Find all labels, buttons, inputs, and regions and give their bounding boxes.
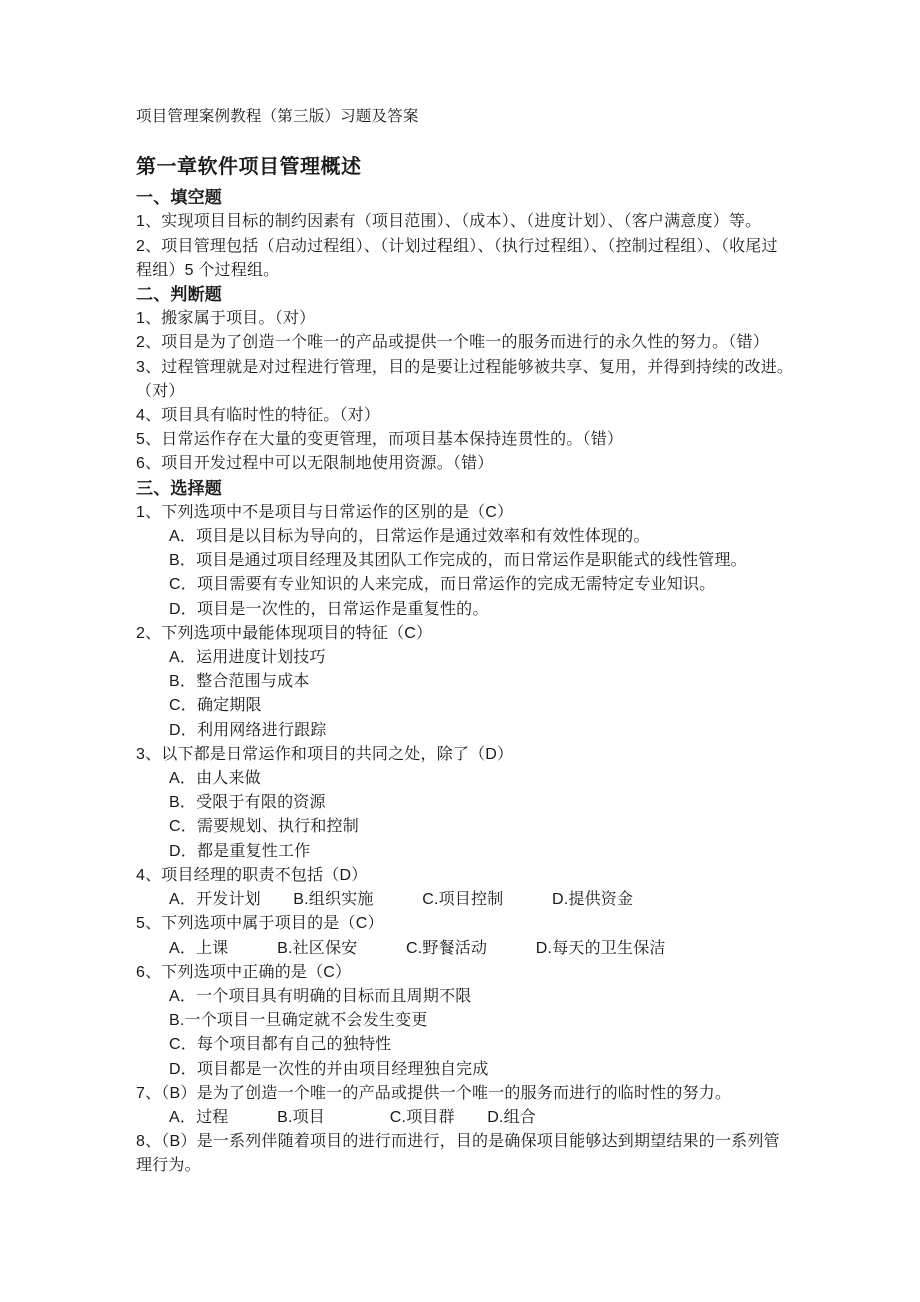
text-line: 4、项目具有临时性的特征。（对） [136,404,866,428]
option-line: D．项目都是一次性的并由项目经理独自完成 [136,1058,866,1082]
document-page: 项目管理案例教程（第三版）习题及答案第一章软件项目管理概述一、填空题1、实现项目… [0,0,920,1302]
text-line: 6、项目开发过程中可以无限制地使用资源。（错） [136,452,866,476]
option-line: A．项目是以目标为导向的，日常运作是通过效率和有效性体现的。 [136,525,866,549]
text-line: 1、下列选项中不是项目与日常运作的区别的是（C） [136,501,866,525]
text-line: 5、下列选项中属于项目的是（C） [136,912,866,936]
text-line: 5、日常运作存在大量的变更管理，而项目基本保持连贯性的。（错） [136,428,866,452]
text-line: 7、（B）是为了创造一个唯一的产品或提供一个唯一的服务而进行的临时性的努力。 [136,1082,866,1106]
section-heading: 三、选择题 [136,477,866,501]
option-line: D．利用网络进行跟踪 [136,719,866,743]
chapter-heading: 第一章软件项目管理概述 [136,152,866,182]
text-line: 3、过程管理就是对过程进行管理，目的是要让过程能够被共享、复用，并得到持续的改进… [136,356,866,380]
option-line: B．整合范围与成本 [136,670,866,694]
text-line: （对） [136,380,866,404]
section-heading: 一、填空题 [136,186,866,210]
doc-title: 项目管理案例教程（第三版）习题及答案 [136,105,866,129]
text-line: 2、下列选项中最能体现项目的特征（C） [136,622,866,646]
option-line: A．开发计划 B.组织实施 C.项目控制 D.提供资金 [136,888,866,912]
text-line: 1、搬家属于项目。（对） [136,307,866,331]
text-line: 2、项目管理包括（启动过程组）、（计划过程组）、（执行过程组）、（控制过程组）、… [136,235,866,259]
option-line: B.一个项目一旦确定就不会发生变更 [136,1009,866,1033]
option-line: A．上课 B.社区保安 C.野餐活动 D.每天的卫生保洁 [136,937,866,961]
option-line: C．每个项目都有自己的独特性 [136,1033,866,1057]
option-line: A．一个项目具有明确的目标而且周期不限 [136,985,866,1009]
option-line: C．项目需要有专业知识的人来完成，而日常运作的完成无需特定专业知识。 [136,573,866,597]
option-line: A．过程 B.项目 C.项目群 D.组合 [136,1106,866,1130]
option-line: B．受限于有限的资源 [136,791,866,815]
section-heading: 二、判断题 [136,283,866,307]
option-line: A．由人来做 [136,767,866,791]
text-line: 理行为。 [136,1154,866,1178]
text-line: 程组）5 个过程组。 [136,259,866,283]
option-line: D．都是重复性工作 [136,840,866,864]
option-line: B．项目是通过项目经理及其团队工作完成的，而日常运作是职能式的线性管理。 [136,549,866,573]
text-line: 8、（B）是一系列伴随着项目的进行而进行，目的是确保项目能够达到期望结果的一系列… [136,1130,866,1154]
text-line: 6、下列选项中正确的是（C） [136,961,866,985]
text-line: 1、实现项目目标的制约因素有（项目范围）、（成本）、（进度计划）、（客户满意度）… [136,210,866,234]
document-content: 项目管理案例教程（第三版）习题及答案第一章软件项目管理概述一、填空题1、实现项目… [136,105,866,1179]
text-line: 4、项目经理的职责不包括（D） [136,864,866,888]
option-line: D．项目是一次性的，日常运作是重复性的。 [136,598,866,622]
option-line: A．运用进度计划技巧 [136,646,866,670]
option-line: C．确定期限 [136,694,866,718]
text-line: 3、以下都是日常运作和项目的共同之处，除了（D） [136,743,866,767]
text-line: 2、项目是为了创造一个唯一的产品或提供一个唯一的服务而进行的永久性的努力。（错） [136,331,866,355]
option-line: C．需要规划、执行和控制 [136,815,866,839]
